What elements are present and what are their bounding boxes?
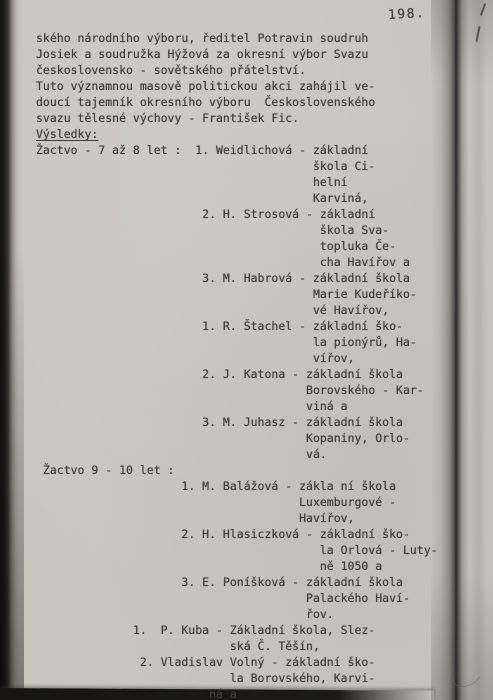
text-line: Kopaniny, Orlo- — [36, 430, 456, 446]
text-line: svazu tělesné výchovy - František Fic. — [36, 110, 456, 126]
text-line: ně 1050 a — [36, 558, 456, 574]
text-line: ná a — [36, 686, 456, 700]
typewritten-text: ského národního výboru, ředitel Potravin… — [36, 30, 456, 700]
text-line: la Borovského, Karvi- — [36, 670, 456, 686]
text-line: vá. — [36, 446, 456, 462]
text-line: Výsledky: — [36, 126, 456, 142]
text-line: Karviná, — [36, 190, 456, 206]
text-line: 1. M. Balážová - zákla ní škola — [36, 478, 456, 494]
left-scan-edge-shadow — [0, 0, 24, 700]
text-line: Žactvo 9 - 10 let : — [36, 462, 456, 478]
text-line: doucí tajemník okresního výboru Českoslo… — [36, 94, 456, 110]
text-line: vé Havířov, — [36, 302, 456, 318]
text-line: Tuto významnou masově politickou akci za… — [36, 78, 456, 94]
text-line: Borovského - Kar- — [36, 382, 456, 398]
text-line: ská Č. Těšín, — [36, 638, 456, 654]
text-line: la pionýrů, Ha- — [36, 334, 456, 350]
text-line: Luxemburgové - — [36, 494, 456, 510]
text-line: československo - sovětského přátelství. — [36, 62, 456, 78]
text-line: 3. M. Juhasz - základní škola — [36, 414, 456, 430]
text-line: 2. H. Strosová - základní — [36, 206, 456, 222]
text-line: 2. H. Hlasiczková - základní ško- — [36, 526, 456, 542]
text-line: Marie Kudeříko- — [36, 286, 456, 302]
text-line: vířov, — [36, 350, 456, 366]
text-line: Palackého Haví- — [36, 590, 456, 606]
text-line: Josiek a soudružka Hýžová za okresní výb… — [36, 46, 456, 62]
text-line: škola Ci- — [36, 158, 456, 174]
text-line: škola Sva- — [36, 222, 456, 238]
text-line: ského národního výboru, ředitel Potravin… — [36, 30, 456, 46]
text-line: 2. J. Katona - základní škola — [36, 366, 456, 382]
text-line: Havířov, — [36, 510, 456, 526]
text-line: 1. R. Štachel - základní ško- — [36, 318, 456, 334]
text-line: Žactvo - 7 až 8 let : 1. Weidlichová - z… — [36, 142, 456, 158]
page-number: 198. — [388, 6, 426, 23]
text-line: la Orlová - Luty- — [36, 542, 456, 558]
text-line: 2. Vladislav Volný - základní ško- — [36, 654, 456, 670]
text-line: topluka Če- — [36, 238, 456, 254]
text-line: helní — [36, 174, 456, 190]
text-line: viná a — [36, 398, 456, 414]
text-line: řov. — [36, 606, 456, 622]
text-line: 3. E. Poníšková - základní škola — [36, 574, 456, 590]
text-line: cha Havířov a — [36, 254, 456, 270]
text-line: 1. P. Kuba - Základní škola, Slez- — [36, 622, 456, 638]
scan-page: 198. ského národního výboru, ředitel Pot… — [0, 0, 493, 700]
text-line: 3. M. Habrová - základní škola — [36, 270, 456, 286]
